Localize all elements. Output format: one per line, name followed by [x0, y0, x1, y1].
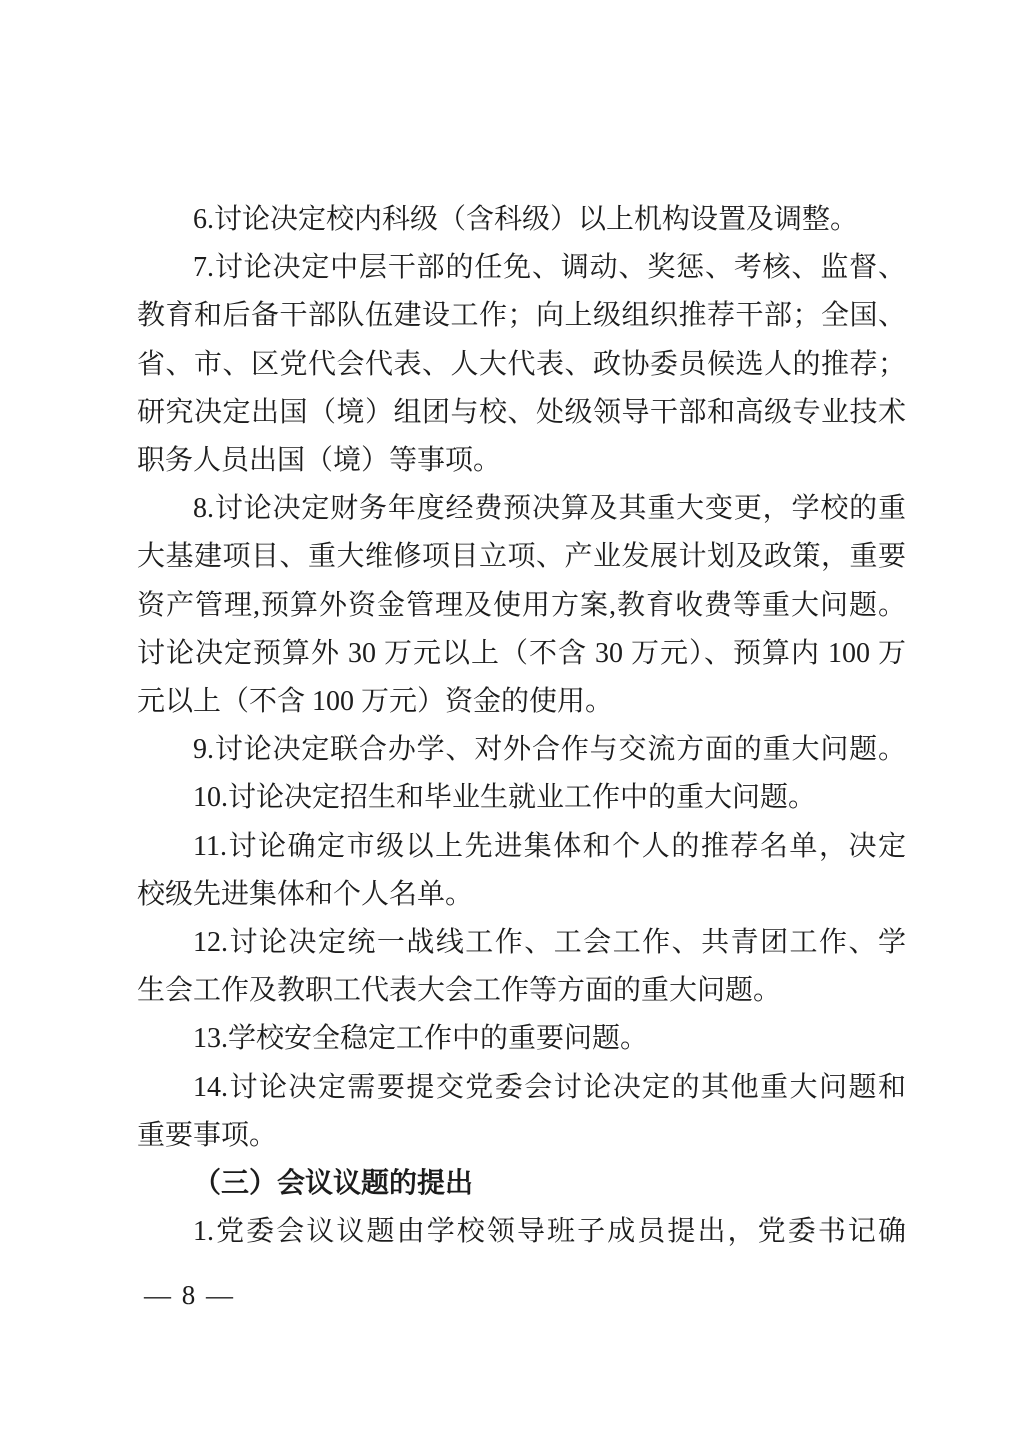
- paragraph-item-1: 1.党委会议议题由学校领导班子成员提出，党委书记确: [137, 1208, 906, 1256]
- paragraph-item-10: 10.讨论决定招生和毕业生就业工作中的重大问题。: [137, 774, 906, 822]
- document-body: 6.讨论决定校内科级（含科级）以上机构设置及调整。 7.讨论决定中层干部的任免、…: [137, 196, 906, 1256]
- text-line: 大基建项目、重大维修项目立项、产业发展计划及政策，重要: [137, 533, 906, 581]
- text-line: 校级先进集体和个人名单。: [137, 871, 906, 919]
- paragraph-item-13: 13.学校安全稳定工作中的重要问题。: [137, 1015, 906, 1063]
- paragraph-item-12: 12.讨论决定统一战线工作、工会工作、共青团工作、学 生会工作及教职工代表大会工…: [137, 919, 906, 1015]
- text-line: 9.讨论决定联合办学、对外合作与交流方面的重大问题。: [137, 726, 906, 774]
- text-line: 12.讨论决定统一战线工作、工会工作、共青团工作、学: [137, 919, 906, 967]
- paragraph-item-14: 14.讨论决定需要提交党委会讨论决定的其他重大问题和 重要事项。: [137, 1064, 906, 1160]
- text-line: 10.讨论决定招生和毕业生就业工作中的重大问题。: [137, 774, 906, 822]
- text-line: 生会工作及教职工代表大会工作等方面的重大问题。: [137, 967, 906, 1015]
- paragraph-item-6: 6.讨论决定校内科级（含科级）以上机构设置及调整。: [137, 196, 906, 244]
- text-line: 8.讨论决定财务年度经费预决算及其重大变更，学校的重: [137, 485, 906, 533]
- text-line: 研究决定出国（境）组团与校、处级领导干部和高级专业技术: [137, 389, 906, 437]
- text-line: 讨论决定预算外 30 万元以上（不含 30 万元）、预算内 100 万: [137, 630, 906, 678]
- paragraph-item-7: 7.讨论决定中层干部的任免、调动、奖惩、考核、监督、 教育和后备干部队伍建设工作…: [137, 244, 906, 485]
- text-line: 职务人员出国（境）等事项。: [137, 437, 906, 485]
- text-line: 资产管理,预算外资金管理及使用方案,教育收费等重大问题。: [137, 582, 906, 630]
- paragraph-item-11: 11.讨论确定市级以上先进集体和个人的推荐名单，决定 校级先进集体和个人名单。: [137, 823, 906, 919]
- document-page: 6.讨论决定校内科级（含科级）以上机构设置及调整。 7.讨论决定中层干部的任免、…: [0, 0, 1024, 1448]
- section-heading-text: （三）会议议题的提出: [137, 1160, 906, 1208]
- text-line: 教育和后备干部队伍建设工作；向上级组织推荐干部；全国、: [137, 292, 906, 340]
- text-line: 13.学校安全稳定工作中的重要问题。: [137, 1015, 906, 1063]
- text-line: 元以上（不含 100 万元）资金的使用。: [137, 678, 906, 726]
- text-line: 6.讨论决定校内科级（含科级）以上机构设置及调整。: [137, 196, 906, 244]
- text-line: 省、市、区党代会代表、人大代表、政协委员候选人的推荐；: [137, 341, 906, 389]
- paragraph-item-9: 9.讨论决定联合办学、对外合作与交流方面的重大问题。: [137, 726, 906, 774]
- text-line: 重要事项。: [137, 1112, 906, 1160]
- text-line: 11.讨论确定市级以上先进集体和个人的推荐名单，决定: [137, 823, 906, 871]
- text-line: 14.讨论决定需要提交党委会讨论决定的其他重大问题和: [137, 1064, 906, 1112]
- text-line: 1.党委会议议题由学校领导班子成员提出，党委书记确: [137, 1208, 906, 1256]
- section-heading: （三）会议议题的提出: [137, 1160, 906, 1208]
- paragraph-item-8: 8.讨论决定财务年度经费预决算及其重大变更，学校的重 大基建项目、重大维修项目立…: [137, 485, 906, 726]
- text-line: 7.讨论决定中层干部的任免、调动、奖惩、考核、监督、: [137, 244, 906, 292]
- page-number: — 8 —: [144, 1280, 235, 1310]
